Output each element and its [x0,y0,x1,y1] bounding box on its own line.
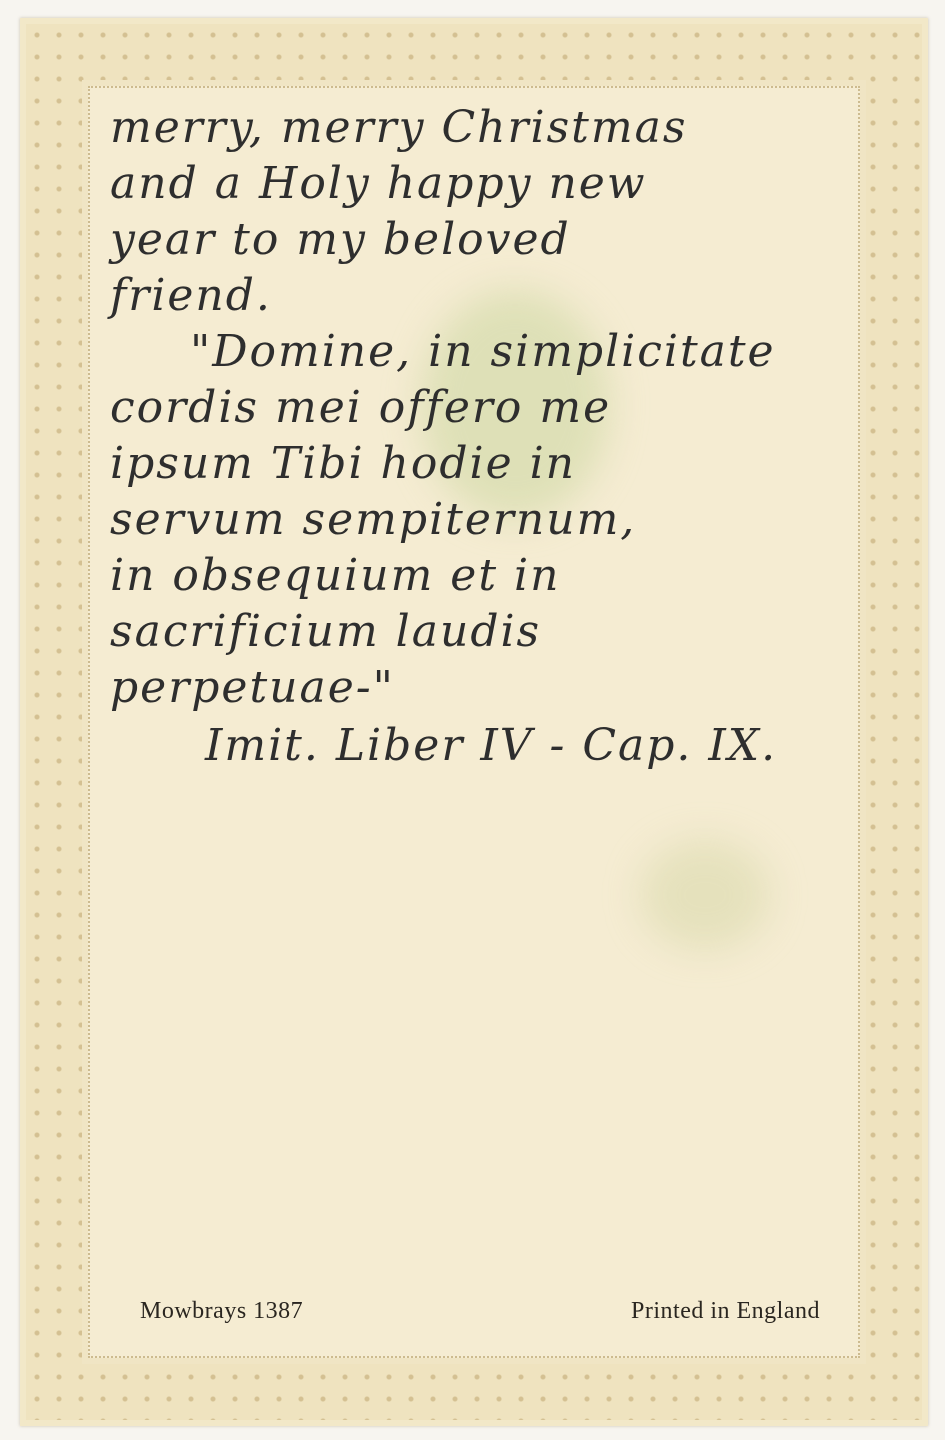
publisher-label: Mowbrays 1387 [140,1298,303,1325]
quote-line: "Domine, in simplicitate [110,324,870,380]
handwritten-message: merry, merry Christmas and a Holy happy … [110,100,870,774]
quote-attribution: Imit. Liber IV - Cap. IX. [110,718,870,774]
quote-line: perpetuae-" [110,660,870,716]
scalloped-edge-bottom [20,1418,928,1434]
quote-line: cordis mei offero me [110,380,870,436]
quote-line: sacrificium laudis [110,604,870,660]
quote-line: servum sempiternum, [110,492,870,548]
message-line: year to my beloved [110,212,870,268]
printed-footer: Mowbrays 1387 Printed in England [140,1298,820,1325]
quote-line: in obsequium et in [110,548,870,604]
message-line: friend. [110,268,870,324]
quote-line: ipsum Tibi hodie in [110,436,870,492]
scalloped-edge-right [920,18,936,1426]
message-line: merry, merry Christmas [110,100,870,156]
origin-label: Printed in England [631,1298,820,1325]
message-line: and a Holy happy new [110,156,870,212]
